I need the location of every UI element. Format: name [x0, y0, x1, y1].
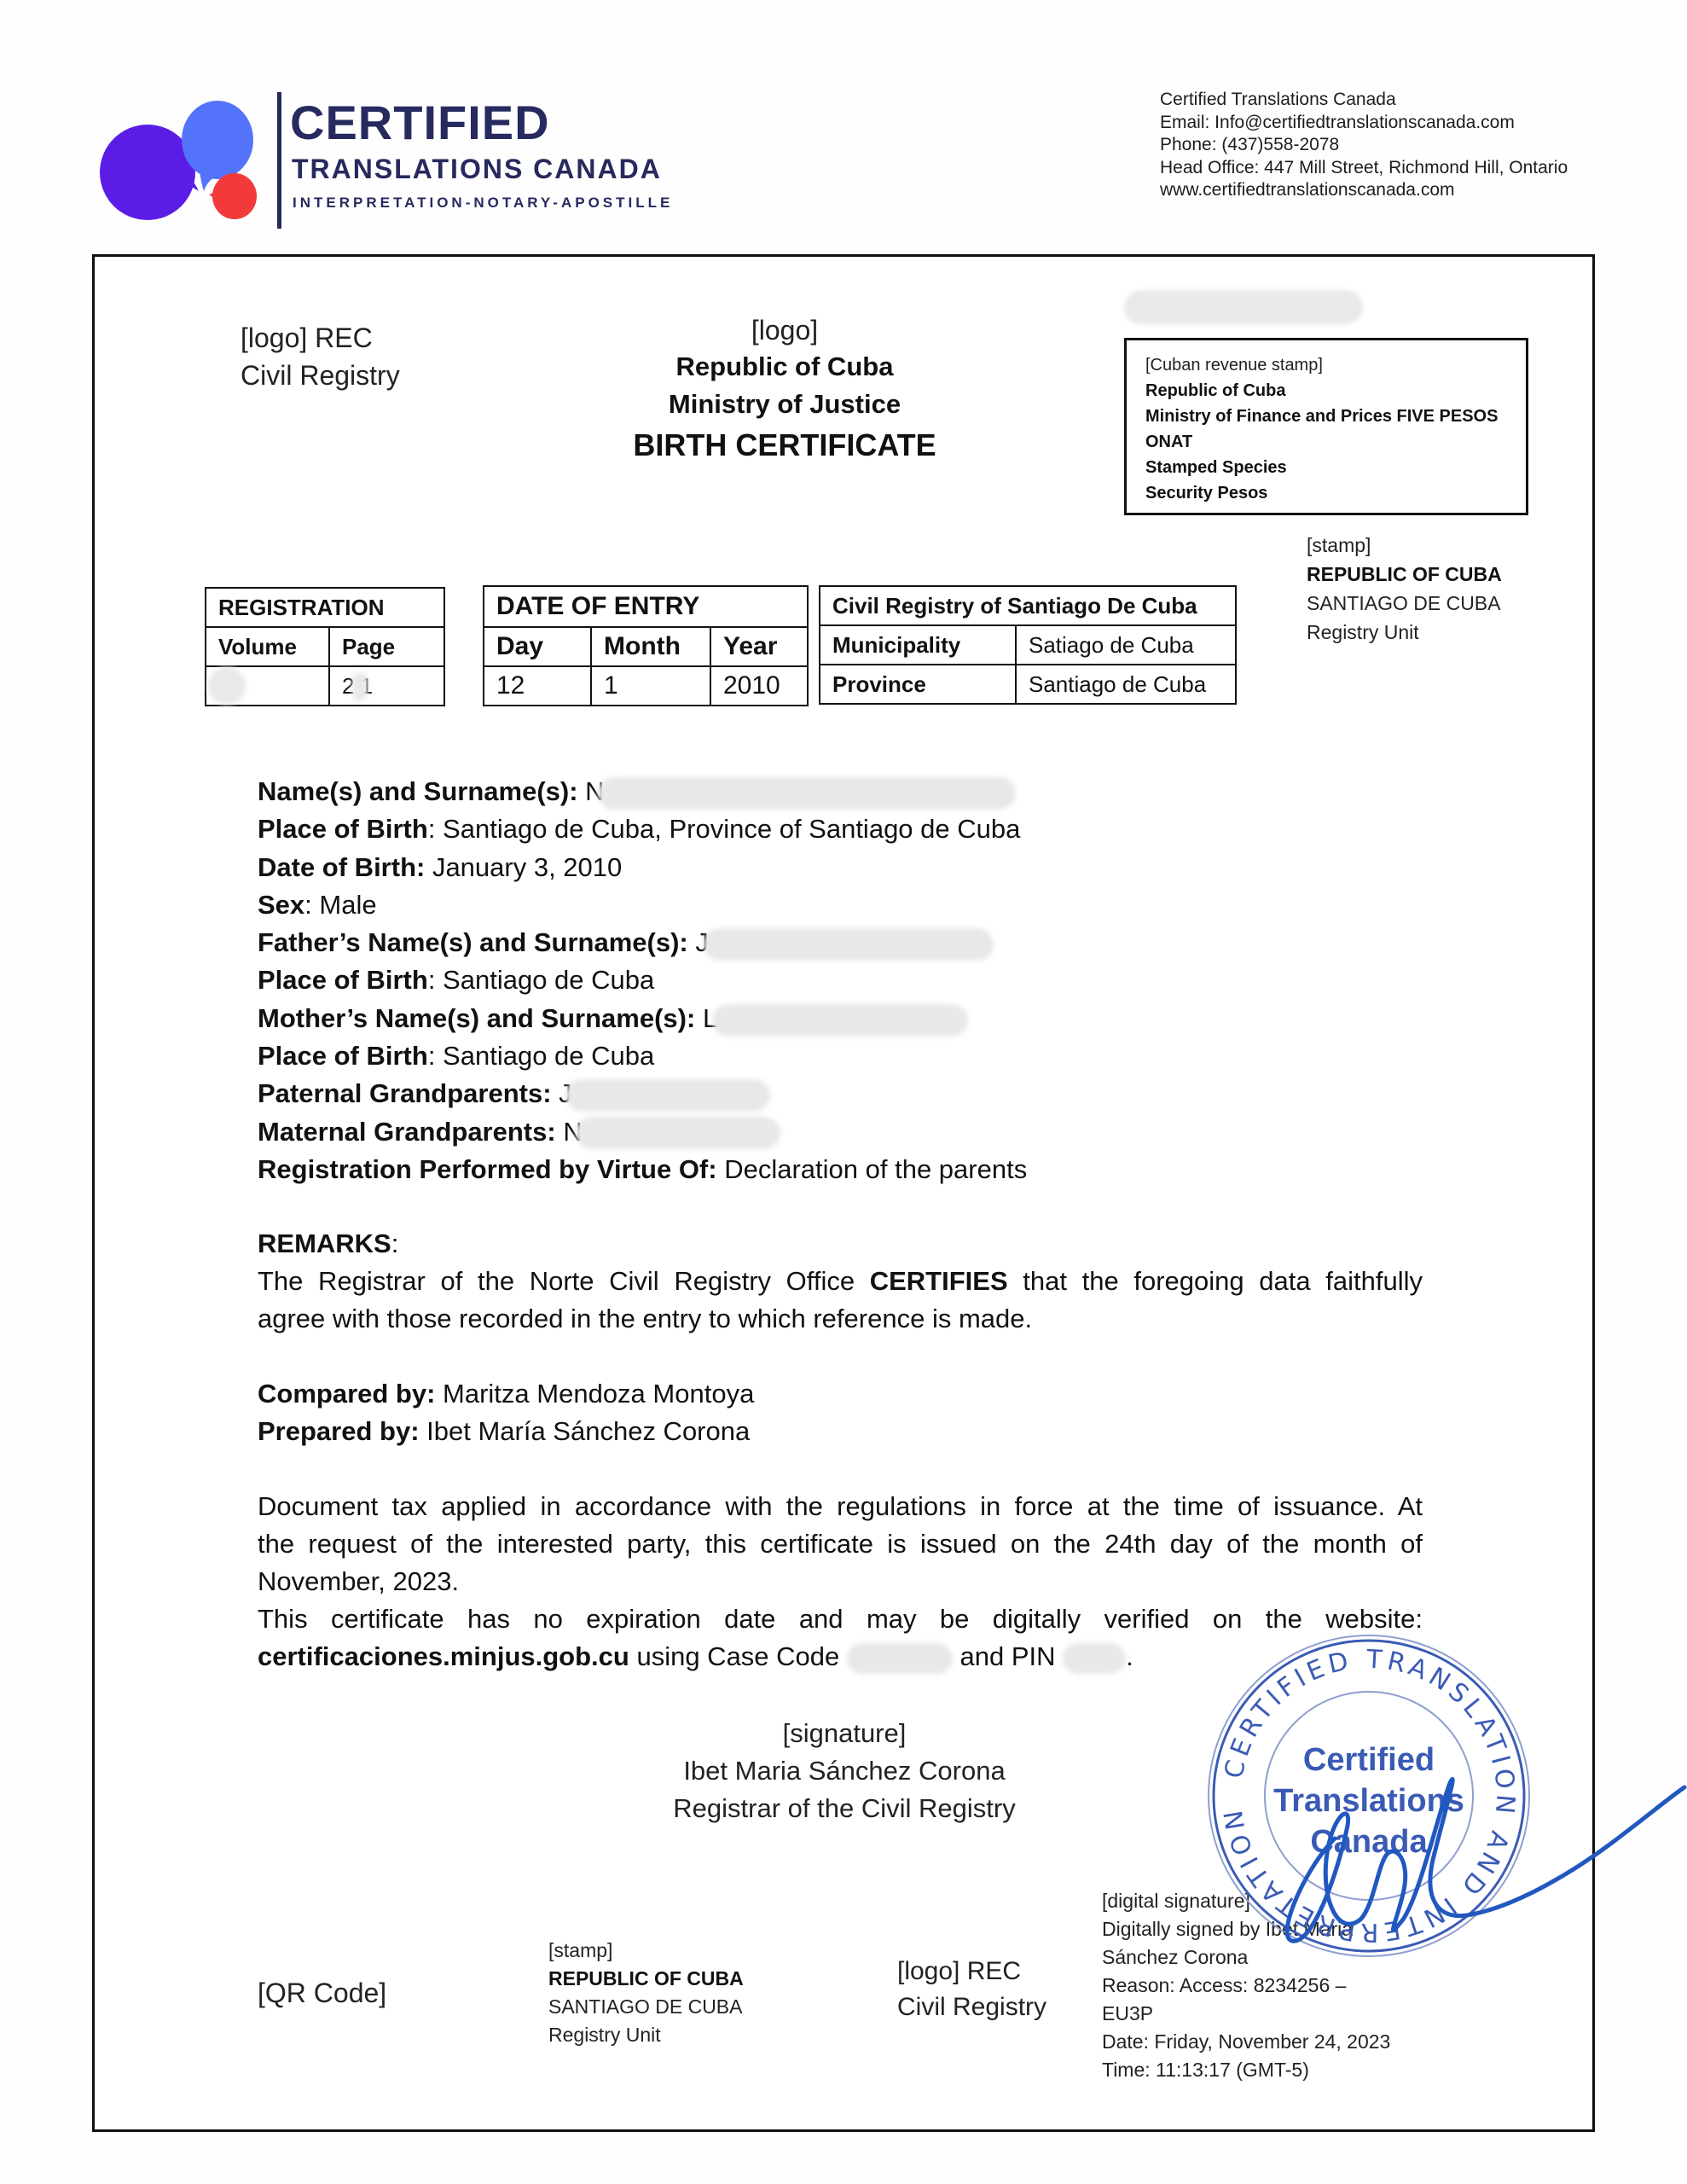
day-value: 12 [484, 666, 591, 706]
digital-signature-time: Time: 11:13:17 (GMT-5) [1102, 2056, 1390, 2084]
stamp-line: REPUBLIC OF CUBA [1307, 560, 1502, 589]
field-registration-basis: Registration Performed by Virtue Of: Dec… [258, 1151, 1027, 1188]
civil-registry-label: Civil Registry [241, 357, 400, 394]
rec-logo-label: [logo] REC [897, 1954, 1046, 1989]
rec-logo-bottom: [logo] REC Civil Registry [897, 1954, 1046, 2025]
redacted-maternal-grandparents [576, 1117, 780, 1149]
revenue-stamp-line: Republic of Cuba [1145, 378, 1526, 404]
digital-signature-date: Date: Friday, November 24, 2023 [1102, 2028, 1390, 2056]
tax-line-2: the request of the interested party, thi… [258, 1525, 1423, 1563]
logo-divider [277, 92, 281, 229]
registrar-name: Ibet Maria Sánchez Corona [623, 1752, 1066, 1790]
registrar-signature-block: [signature] Ibet Maria Sánchez Corona Re… [623, 1715, 1066, 1827]
page-value: 2 1 [329, 666, 444, 706]
company-logo-icon [98, 96, 260, 224]
registration-table: REGISTRATION Volume Page 1 2 1 [205, 587, 445, 706]
municipality-value: Satiago de Cuba [1016, 625, 1236, 665]
remarks-line-1: The Registrar of the Norte Civil Registr… [258, 1263, 1423, 1300]
tax-line-1: Document tax applied in accordance with … [258, 1488, 1423, 1525]
contact-website[interactable]: www.certifiedtranslationscanada.com [1160, 179, 1568, 202]
stamp-line: SANTIAGO DE CUBA [1307, 589, 1502, 618]
compared-by: Compared by: Maritza Mendoza Montoya [258, 1375, 1423, 1413]
handwritten-signature-icon [1211, 1749, 1687, 1945]
field-mother-name: Mother’s Name(s) and Surname(s): L [258, 1000, 1027, 1037]
contact-phone[interactable]: Phone: (437)558-2078 [1160, 134, 1568, 157]
signature-caption: [signature] [623, 1715, 1066, 1752]
rec-logo-label: [logo] REC [241, 319, 400, 357]
prepared-by: Prepared by: Ibet María Sánchez Corona [258, 1413, 1423, 1450]
civil-registry-title: Civil Registry of Santiago De Cuba [820, 586, 1236, 625]
civil-registry-label: Civil Registry [897, 1989, 1046, 2025]
field-sex: Sex: Male [258, 886, 1027, 924]
digital-signature-line: Reason: Access: 8234256 – [1102, 1972, 1390, 2000]
stamp-line: Registry Unit [1307, 618, 1502, 647]
revenue-stamp-caption: [Cuban revenue stamp] [1145, 352, 1526, 378]
contact-block: Certified Translations Canada Email: Inf… [1160, 89, 1568, 202]
contact-office: Head Office: 447 Mill Street, Richmond H… [1160, 157, 1568, 180]
field-father-place-of-birth: Place of Birth: Santiago de Cuba [258, 961, 1027, 999]
redacted-paternal-grandparents [565, 1079, 770, 1112]
registry-stamp-bottom: [stamp] REPUBLIC OF CUBA SANTIAGO DE CUB… [548, 1937, 744, 2049]
revenue-stamp-line: Security Pesos [1145, 480, 1526, 506]
registrar-title: Registrar of the Civil Registry [623, 1790, 1066, 1827]
brand-subtitle: TRANSLATIONS CANADA [292, 154, 662, 184]
header-logo-placeholder: [logo] [597, 312, 972, 348]
field-date-of-birth: Date of Birth: January 3, 2010 [258, 849, 1027, 886]
month-value: 1 [591, 666, 710, 706]
contact-email[interactable]: Email: Info@certifiedtranslationscanada.… [1160, 112, 1568, 135]
registry-stamp-top: [stamp] REPUBLIC OF CUBA SANTIAGO DE CUB… [1307, 531, 1502, 647]
tax-line-3: November, 2023. [258, 1563, 1423, 1600]
municipality-label: Municipality [820, 625, 1016, 665]
stamp-caption: [stamp] [548, 1937, 744, 1965]
field-name: Name(s) and Surname(s): N [258, 773, 1027, 810]
date-of-entry-title: DATE OF ENTRY [484, 586, 808, 627]
field-father-name: Father’s Name(s) and Surname(s): J [258, 924, 1027, 961]
field-paternal-grandparents: Paternal Grandparents: J [258, 1075, 1027, 1112]
compared-prepared-section: Compared by: Maritza Mendoza Montoya Pre… [258, 1375, 1423, 1450]
civil-registry-table: Civil Registry of Santiago De Cuba Munic… [819, 585, 1237, 705]
certificate-header: [logo] Republic of Cuba Ministry of Just… [597, 312, 972, 468]
redacted-mother-name [712, 1004, 968, 1037]
revenue-stamp-line: Stamped Species [1145, 455, 1526, 480]
stamp-line: REPUBLIC OF CUBA [548, 1965, 744, 1993]
redacted-name [598, 777, 1016, 810]
personal-data-fields: Name(s) and Surname(s): N Place of Birth… [258, 773, 1027, 1188]
brand-tagline: INTERPRETATION-NOTARY-APOSTILLE [293, 195, 673, 212]
header-country: Republic of Cuba [597, 348, 972, 386]
stamp-caption: [stamp] [1307, 531, 1502, 560]
registration-title: REGISTRATION [206, 588, 444, 627]
digital-signature-line: EU3P [1102, 2000, 1390, 2028]
field-mother-place-of-birth: Place of Birth: Santiago de Cuba [258, 1037, 1027, 1075]
revenue-stamp-line: ONAT [1145, 429, 1526, 455]
verification-website[interactable]: certificaciones.minjus.gob.cu [258, 1641, 629, 1671]
remarks-section: REMARKS: The Registrar of the Norte Civi… [258, 1225, 1423, 1338]
stamp-line: Registry Unit [548, 2021, 744, 2049]
redacted-volume [208, 667, 246, 705]
remarks-line-2: agree with those recorded in the entry t… [258, 1300, 1423, 1338]
header-ministry: Ministry of Justice [597, 386, 972, 423]
volume-header: Volume [206, 627, 329, 666]
rec-logo-top: [logo] REC Civil Registry [241, 319, 400, 394]
field-place-of-birth: Place of Birth: Santiago de Cuba, Provin… [258, 810, 1027, 848]
revenue-stamp-box: [Cuban revenue stamp] Republic of Cuba M… [1124, 338, 1528, 515]
page-header: Page [329, 627, 444, 666]
date-of-entry-table: DATE OF ENTRY Day Month Year 12 1 2010 [483, 585, 809, 706]
day-header: Day [484, 627, 591, 666]
redacted-top-right [1124, 290, 1363, 324]
redacted-father-name [704, 928, 994, 961]
province-value: Santiago de Cuba [1016, 665, 1236, 704]
brand-title: CERTIFIED [290, 96, 550, 150]
province-label: Province [820, 665, 1016, 704]
year-header: Year [710, 627, 808, 666]
contact-company: Certified Translations Canada [1160, 89, 1568, 112]
certificate-title: BIRTH CERTIFICATE [597, 423, 972, 468]
remarks-heading: REMARKS [258, 1228, 391, 1258]
redacted-page [352, 672, 368, 701]
revenue-stamp-line: Ministry of Finance and Prices FIVE PESO… [1145, 404, 1526, 429]
month-header: Month [591, 627, 710, 666]
field-maternal-grandparents: Maternal Grandparents: N [258, 1113, 1027, 1151]
redacted-case-code [847, 1643, 953, 1674]
redacted-pin [1063, 1643, 1126, 1674]
volume-value: 1 [206, 666, 329, 706]
qr-code-placeholder: [QR Code] [258, 1978, 386, 2009]
year-value: 2010 [710, 666, 808, 706]
stamp-line: SANTIAGO DE CUBA [548, 1993, 744, 2021]
